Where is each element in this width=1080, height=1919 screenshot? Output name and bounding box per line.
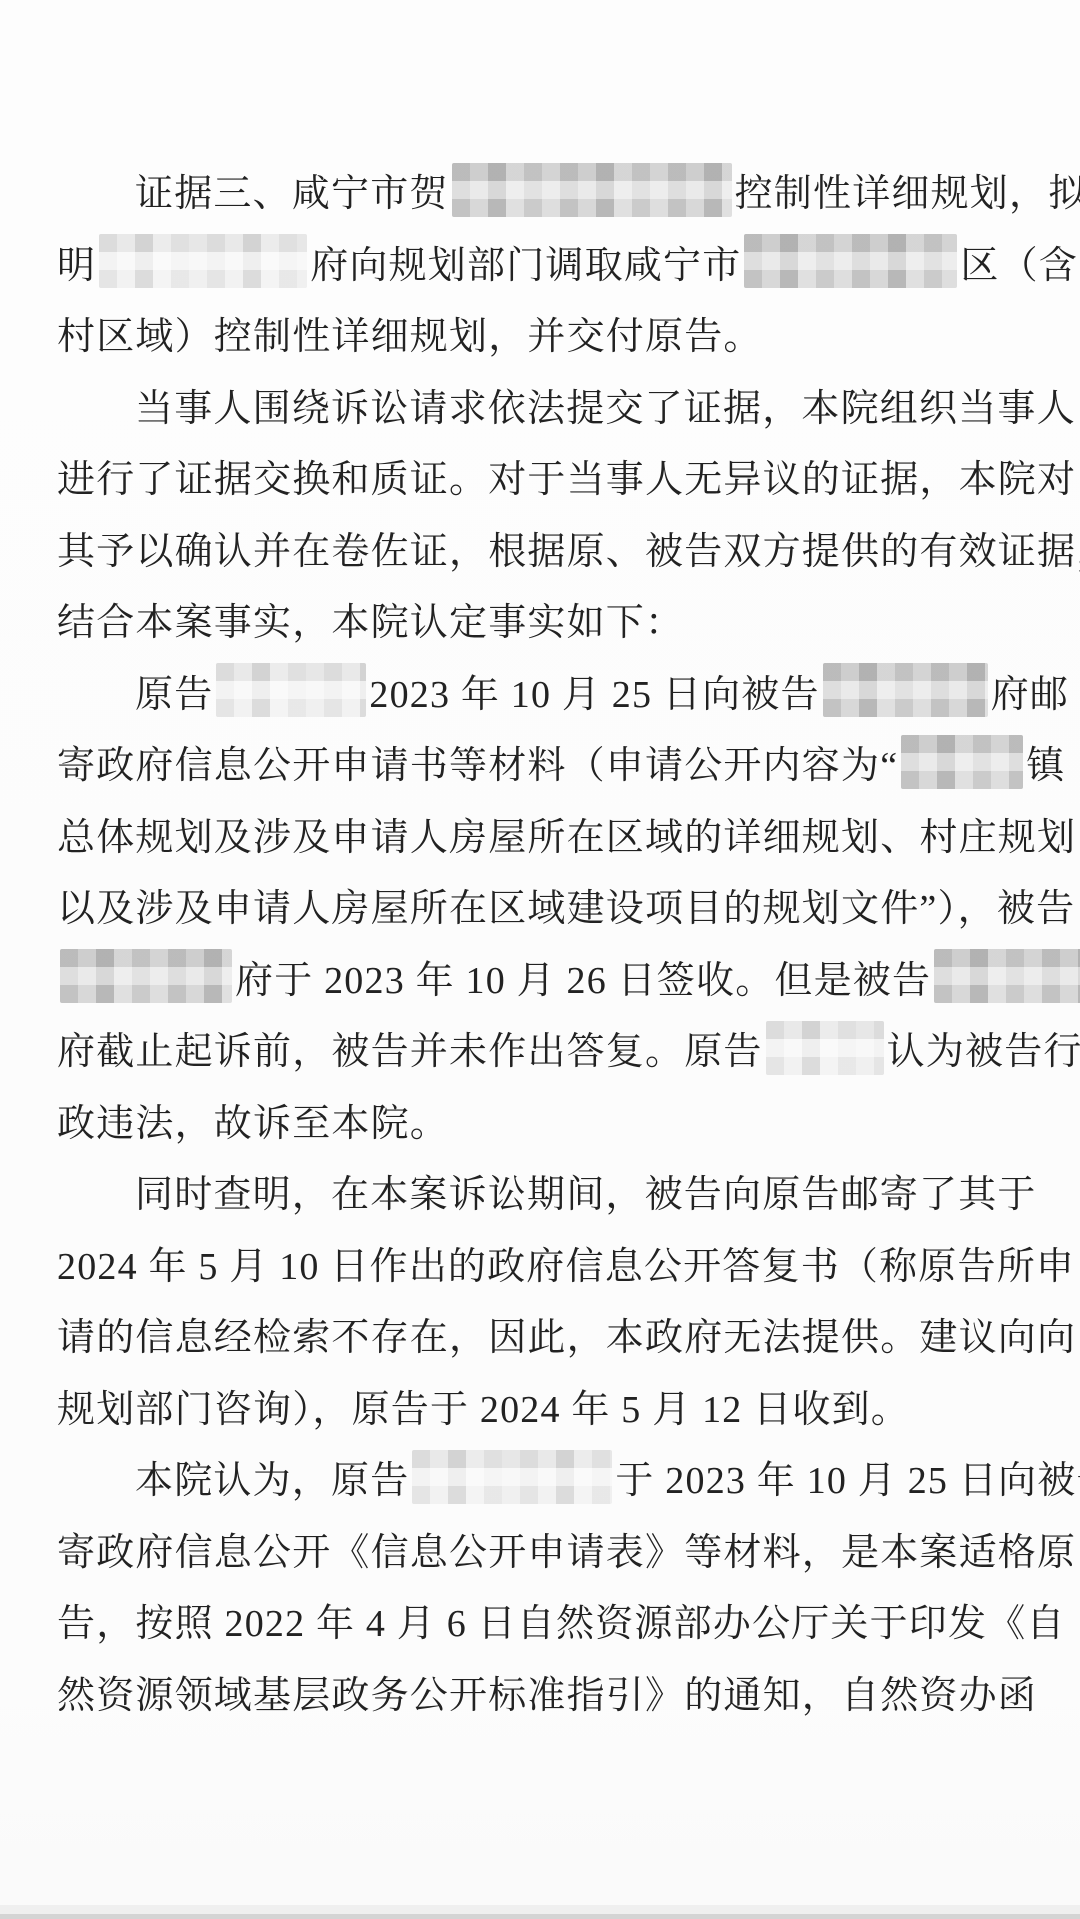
text-line: 寄政府信息公开申请书等材料（申请公开内容为“镇 <box>57 726 1038 798</box>
text-segment: 原告 <box>135 663 213 718</box>
text-segment: 结合本案事实，本院认定事实如下： <box>57 591 684 646</box>
text-line: 总体规划及涉及申请人房屋所在区域的详细规划、村庄规划 <box>57 798 1038 870</box>
text-segment: 区（含 <box>960 234 1078 289</box>
redaction-block <box>934 949 1080 1003</box>
text-segment: 本院认为，原告 <box>135 1449 409 1504</box>
redaction-block <box>60 949 232 1003</box>
text-line: 2024 年 5 月 10 日作出的政府信息公开答复书（称原告所申 <box>57 1227 1038 1299</box>
text-line: 规划部门咨询），原告于 2024 年 5 月 12 日收到。 <box>57 1370 1038 1442</box>
text-line: 同时查明，在本案诉讼期间，被告向原告邮寄了其于 <box>57 1155 1038 1227</box>
page-bottom-edge <box>0 1905 1080 1919</box>
redaction-block <box>823 663 988 717</box>
text-line: 府截止起诉前，被告并未作出答复。原告认为被告行 <box>57 1012 1038 1084</box>
text-line: 村区域）控制性详细规划，并交付原告。 <box>57 297 1038 369</box>
text-line: 明府向规划部门调取咸宁市区（含 <box>57 226 1038 298</box>
text-segment: 认为被告行 <box>887 1020 1080 1075</box>
text-line: 其予以确认并在卷佐证，根据原、被告双方提供的有效证据， <box>57 512 1038 584</box>
text-line: 寄政府信息公开《信息公开申请表》等材料，是本案适格原 <box>57 1513 1038 1585</box>
document-page: 证据三、咸宁市贺控制性详细规划，拟证明府向规划部门调取咸宁市区（含村区域）控制性… <box>0 0 1080 1919</box>
text-segment: 寄政府信息公开《信息公开申请表》等材料，是本案适格原 <box>57 1521 1076 1576</box>
redaction-block <box>99 234 307 288</box>
text-line: 府于 2023 年 10 月 26 日签收。但是被告 <box>57 941 1038 1013</box>
text-segment: 告，按照 2022 年 4 月 6 日自然资源部办公厅关于印发《自 <box>57 1592 1066 1647</box>
text-segment: 明 <box>57 234 96 289</box>
text-segment: 其予以确认并在卷佐证，根据原、被告双方提供的有效证据， <box>57 520 1080 575</box>
text-segment: 政违法，故诉至本院。 <box>57 1092 449 1147</box>
redaction-block <box>766 1021 884 1075</box>
text-segment: 镇 <box>1026 734 1065 789</box>
redaction-block <box>216 663 366 717</box>
text-segment: 总体规划及涉及申请人房屋所在区域的详细规划、村庄规划 <box>57 806 1076 861</box>
text-segment: 府于 2023 年 10 月 26 日签收。但是被告 <box>235 949 931 1004</box>
text-segment: 2024 年 5 月 10 日作出的政府信息公开答复书（称原告所申 <box>57 1235 1075 1290</box>
redaction-block <box>452 163 732 217</box>
redaction-block <box>744 234 957 288</box>
text-line: 原告2023 年 10 月 25 日向被告府邮 <box>57 655 1038 727</box>
document-text-block: 证据三、咸宁市贺控制性详细规划，拟证明府向规划部门调取咸宁市区（含村区域）控制性… <box>57 154 1038 1727</box>
text-segment: 请的信息经检索不存在，因此，本政府无法提供。建议向向 <box>57 1306 1076 1361</box>
page-bottom-edge-dark <box>0 1914 1080 1919</box>
text-segment: 府向规划部门调取咸宁市 <box>310 234 741 289</box>
text-line: 结合本案事实，本院认定事实如下： <box>57 583 1038 655</box>
text-line: 政违法，故诉至本院。 <box>57 1084 1038 1156</box>
text-segment: 府截止起诉前，被告并未作出答复。原告 <box>57 1020 763 1075</box>
text-line: 然资源领域基层政务公开标准指引》的通知，自然资办函 <box>57 1656 1038 1728</box>
text-line: 以及涉及申请人房屋所在区域建设项目的规划文件”），被告 <box>57 869 1038 941</box>
text-segment: 以及涉及申请人房屋所在区域建设项目的规划文件”），被告 <box>57 877 1075 932</box>
text-line: 进行了证据交换和质证。对于当事人无异议的证据，本院对 <box>57 440 1038 512</box>
text-segment: 同时查明，在本案诉讼期间，被告向原告邮寄了其于 <box>135 1163 1037 1218</box>
text-line: 证据三、咸宁市贺控制性详细规划，拟证 <box>57 154 1038 226</box>
text-line: 当事人围绕诉讼请求依法提交了证据，本院组织当事人 <box>57 369 1038 441</box>
text-line: 告，按照 2022 年 4 月 6 日自然资源部办公厅关于印发《自 <box>57 1584 1038 1656</box>
text-segment: 规划部门咨询），原告于 2024 年 5 月 12 日收到。 <box>57 1378 910 1433</box>
text-segment: 2023 年 10 月 25 日向被告 <box>369 663 819 718</box>
text-segment: 寄政府信息公开申请书等材料（申请公开内容为“ <box>57 734 898 789</box>
text-line: 请的信息经检索不存在，因此，本政府无法提供。建议向向 <box>57 1298 1038 1370</box>
text-segment: 村区域）控制性详细规划，并交付原告。 <box>57 305 763 360</box>
text-segment: 进行了证据交换和质证。对于当事人无异议的证据，本院对 <box>57 448 1076 503</box>
text-segment: 然资源领域基层政务公开标准指引》的通知，自然资办函 <box>57 1664 1037 1719</box>
text-segment: 于 2023 年 10 月 25 日向被告邮 <box>615 1449 1080 1504</box>
redaction-block <box>901 735 1023 789</box>
text-line: 本院认为，原告于 2023 年 10 月 25 日向被告邮 <box>57 1441 1038 1513</box>
redaction-block <box>412 1450 612 1504</box>
page-bottom-edge-light <box>0 1905 1080 1914</box>
text-segment: 证据三、咸宁市贺 <box>135 162 449 217</box>
text-segment: 当事人围绕诉讼请求依法提交了证据，本院组织当事人 <box>135 377 1076 432</box>
text-segment: 控制性详细规划，拟证 <box>735 162 1080 217</box>
text-segment: 府邮 <box>991 663 1069 718</box>
